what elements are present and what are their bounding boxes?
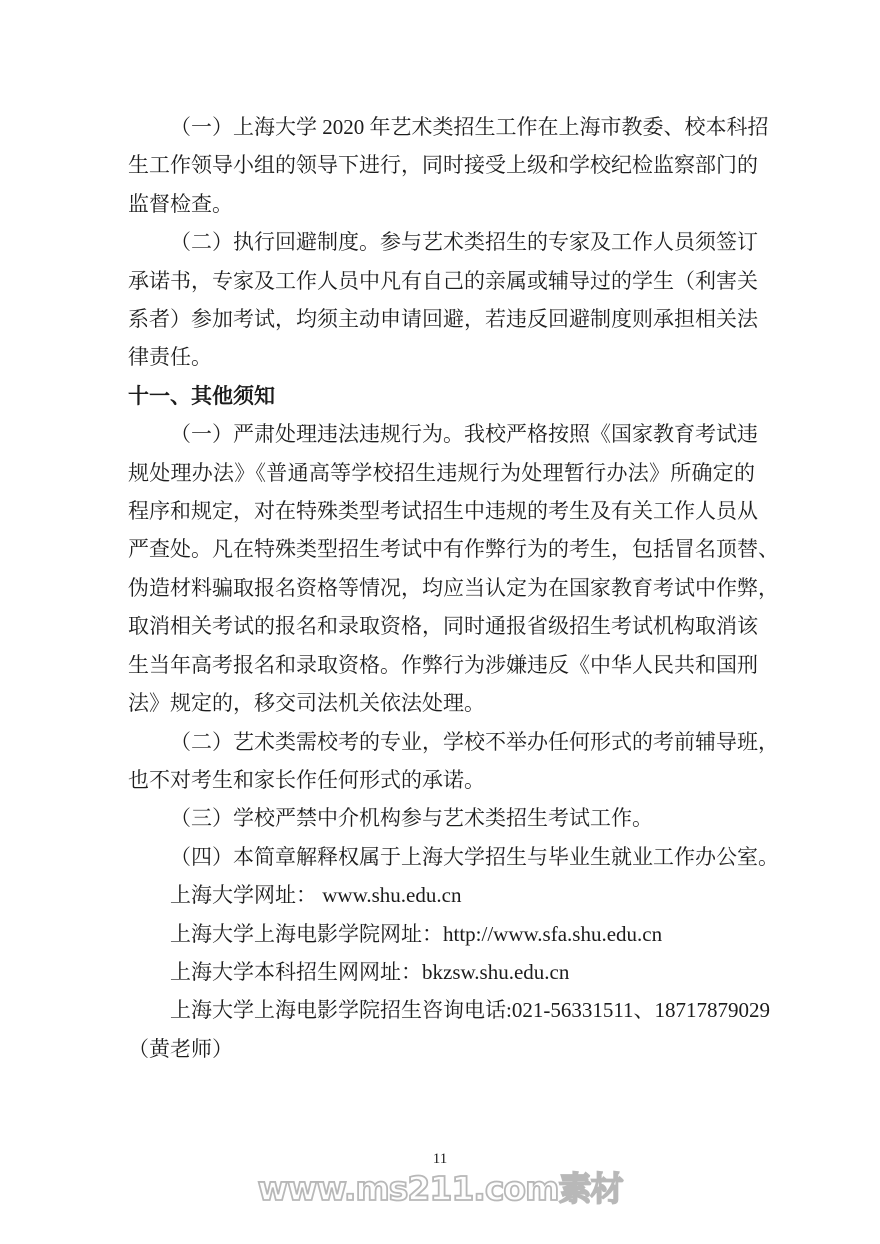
text-line: 法》规定的，移交司法机关依法处理。: [128, 684, 755, 722]
section-heading: 十一、其他须知: [128, 377, 755, 415]
text-line: 生当年高考报名和录取资格。作弊行为涉嫌违反《中华人民共和国刑: [128, 646, 755, 684]
text-line: 承诺书，专家及工作人员中凡有自己的亲属或辅导过的学生（利害关: [128, 262, 755, 300]
text-line: 上海大学本科招生网网址：bkzsw.shu.edu.cn: [128, 953, 755, 991]
text-line: 严查处。凡在特殊类型招生考试中有作弊行为的考生，包括冒名顶替、: [128, 530, 755, 568]
text-line: 伪造材料骗取报名资格等情况，均应当认定为在国家教育考试中作弊，: [128, 569, 755, 607]
text-line: 上海大学上海电影学院招生咨询电话:021-56331511、1871787902…: [128, 991, 755, 1029]
text-line: 取消相关考试的报名和录取资格，同时通报省级招生考试机构取消该: [128, 607, 755, 645]
text-line: 监督检查。: [128, 185, 755, 223]
text-line: （三）学校严禁中介机构参与艺术类招生考试工作。: [128, 799, 755, 837]
text-line: （二）执行回避制度。参与艺术类招生的专家及工作人员须签订: [128, 223, 755, 261]
text-line: 上海大学网址： www.shu.edu.cn: [128, 876, 755, 914]
text-line: 规处理办法》《普通高等学校招生违规行为处理暂行办法》所确定的: [128, 454, 755, 492]
document-page: （一）上海大学 2020 年艺术类招生工作在上海市教委、校本科招生工作领导小组的…: [0, 0, 880, 1244]
page-number: 11: [0, 1149, 880, 1169]
text-line: （一）严肃处理违法违规行为。我校严格按照《国家教育考试违: [128, 415, 755, 453]
text-line: （四）本简章解释权属于上海大学招生与毕业生就业工作办公室。: [128, 838, 755, 876]
text-line: 生工作领导小组的领导下进行，同时接受上级和学校纪检监察部门的: [128, 146, 755, 184]
text-line: （一）上海大学 2020 年艺术类招生工作在上海市教委、校本科招: [128, 108, 755, 146]
text-line: （黄老师）: [128, 1030, 755, 1068]
text-line: （二）艺术类需校考的专业，学校不举办任何形式的考前辅导班，: [128, 723, 755, 761]
text-line: 也不对考生和家长作任何形式的承诺。: [128, 761, 755, 799]
text-line: 程序和规定，对在特殊类型考试招生中违规的考生及有关工作人员从: [128, 492, 755, 530]
watermark: www.ms211.com素材: [0, 1163, 880, 1210]
document-body: （一）上海大学 2020 年艺术类招生工作在上海市教委、校本科招生工作领导小组的…: [128, 108, 755, 1068]
text-line: 律责任。: [128, 338, 755, 376]
text-line: 上海大学上海电影学院网址：http://www.sfa.shu.edu.cn: [128, 915, 755, 953]
text-line: 系者）参加考试，均须主动申请回避，若违反回避制度则承担相关法: [128, 300, 755, 338]
